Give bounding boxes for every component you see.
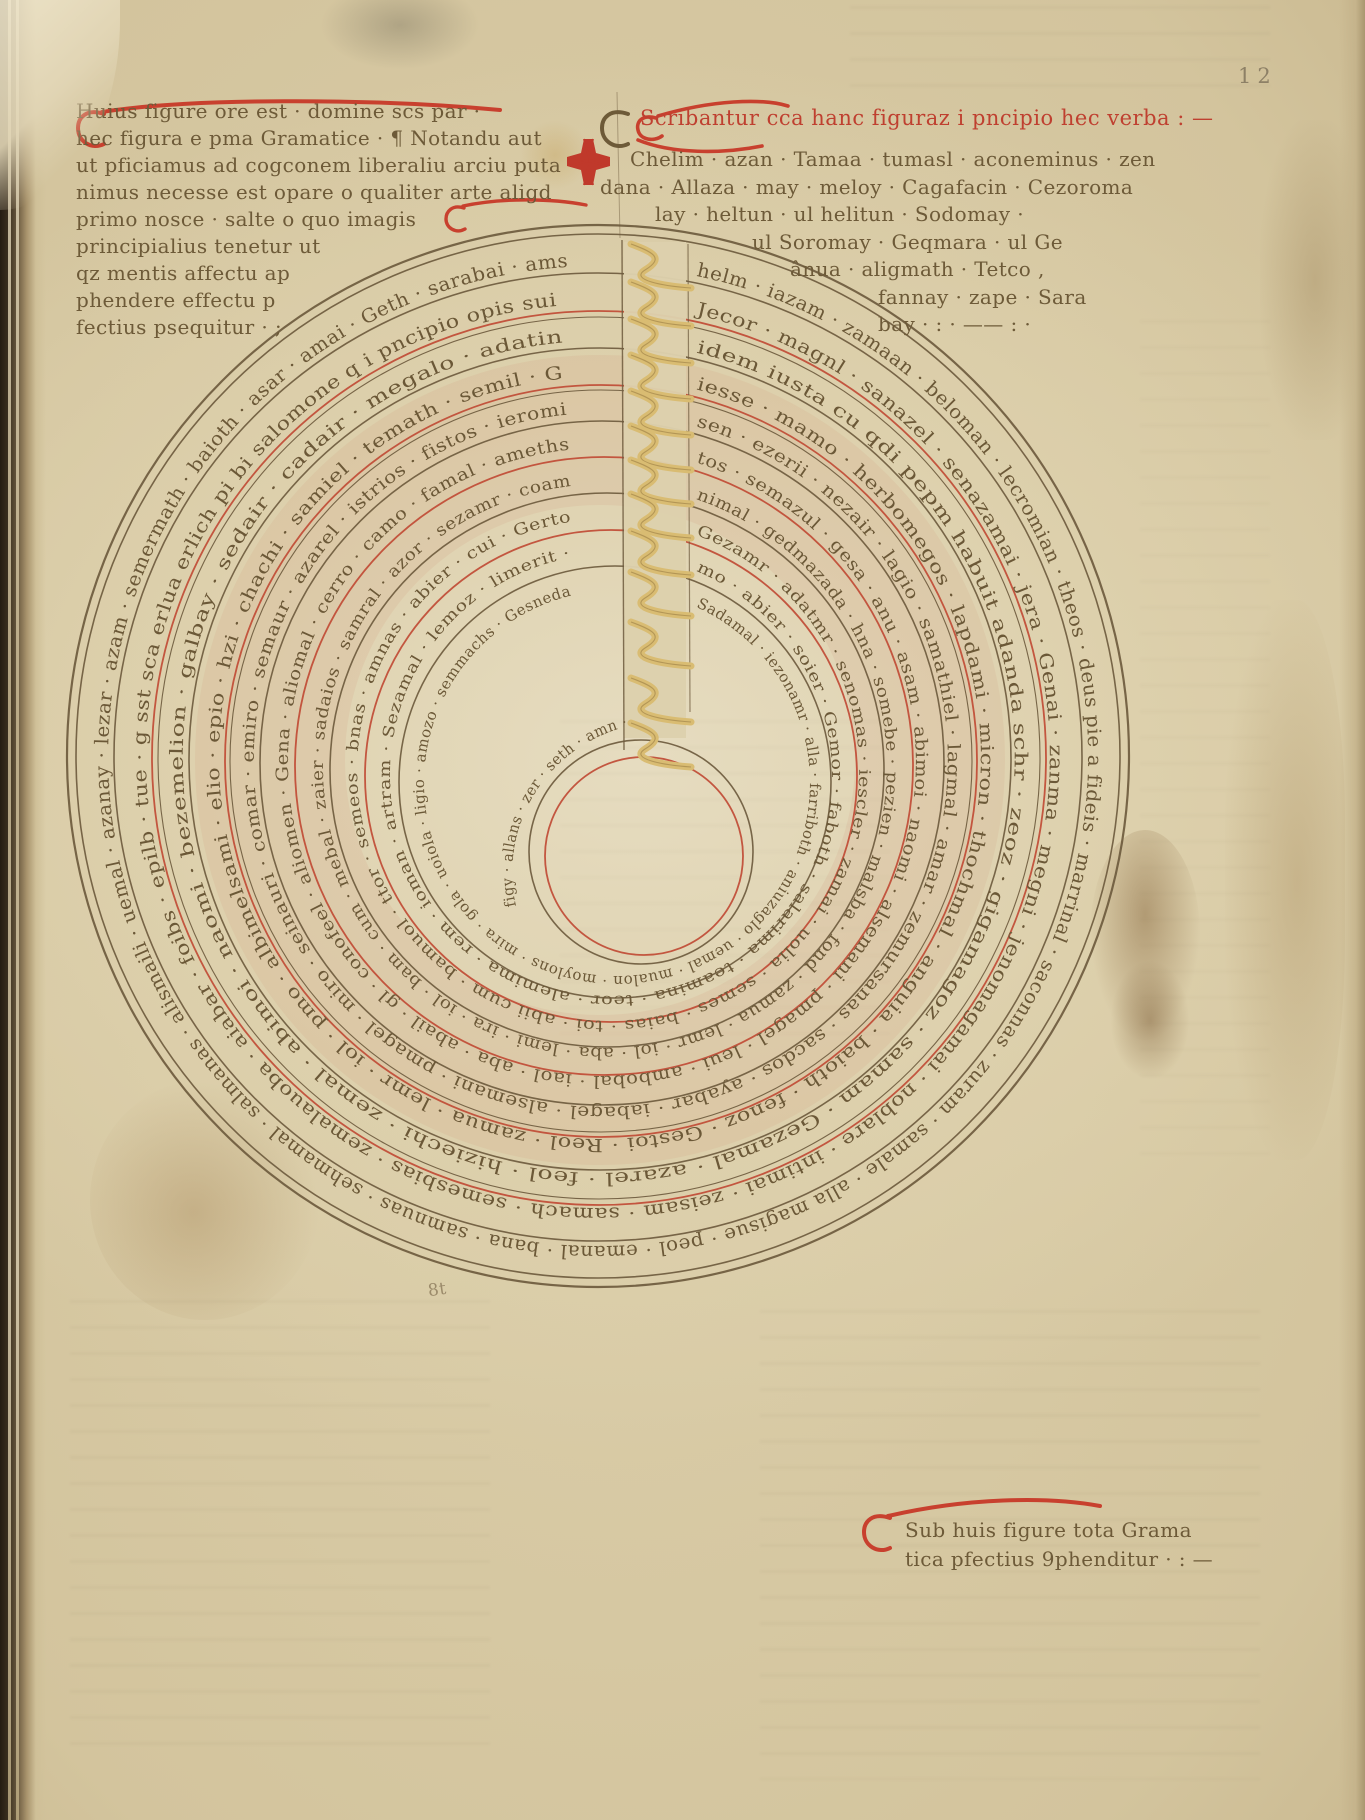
intro-paragraph: Huius figure ore est · domine scs par · … (76, 98, 561, 341)
text-line: ut pficiamus ad cogconem liberaliu arciu… (76, 152, 561, 179)
book-gutter (0, 0, 46, 1820)
ring-border-brown (529, 740, 753, 964)
text-line: primo nosce · salte o quo imagis (76, 206, 561, 233)
svg-text:Sadamal · iezonamr · alla · fa: Sadamal · iezonamr · alla · farriboth · … (410, 582, 824, 990)
text-line: nimus necesse est opare o qualiter arte … (76, 179, 561, 206)
text-line: dana · Allaza · may · meloy · Cagafacin … (600, 174, 1156, 202)
text-line: Sub huis figure tota Grama (905, 1516, 1213, 1545)
rubric-heading: Scribantur cca hanc figuraz i pncipio he… (640, 106, 1213, 130)
ring-border-red (545, 757, 743, 955)
ring-text-inner-tail: figy · allans · zer · seth · amn · (498, 713, 629, 909)
page-right-edge (1339, 0, 1365, 1820)
text-line: bay · : · —— : · (878, 311, 1156, 339)
text-line: ul Soromay · Geqmara · ul Ge (752, 229, 1156, 257)
text-line: phendere effectu p (76, 287, 561, 314)
svg-text:mo · abier · soier · Gemor · f: mo · abier · soier · Gemor · faboth · sa… (376, 544, 846, 1010)
ring-text-9: mo · abier · soier · Gemor · faboth · sa… (376, 544, 846, 1010)
text-line: hec figura e pma Gramatice · ¶ Notandu a… (76, 125, 561, 152)
text-line: Chelim · azan · Tamaa · tumasl · aconemi… (630, 146, 1156, 174)
text-line: tica pfectius 9phenditur · : — (905, 1545, 1213, 1574)
text-line: lay · heltun · ul helitun · Sodomay · (655, 201, 1156, 229)
text-line: fectius psequitur · ; (76, 314, 561, 341)
svg-text:figy · allans · zer · seth · a: figy · allans · zer · seth · amn · (498, 713, 629, 909)
manuscript-page: helm · iazam · zamaan · beloman · lecrom… (0, 0, 1365, 1820)
text-line: qz mentis affectu ap (76, 260, 561, 287)
text-line: fannay · zape · Sara (878, 284, 1156, 312)
text-line: principialius tenetur ut (76, 233, 561, 260)
text-line: Huius figure ore est · domine scs par · (76, 98, 561, 125)
text-line: ânua · aligmath · Tetco , (790, 256, 1156, 284)
page-number: 12 (1238, 64, 1277, 88)
colophon-caption: Sub huis figure tota Grama tica pfectius… (905, 1516, 1213, 1574)
verba-list: Chelim · azan · Tamaa · tumasl · aconemi… (600, 146, 1156, 339)
pen-trial-mark: 8t (427, 1279, 448, 1301)
ring-text-10: Sadamal · iezonamr · alla · farriboth · … (410, 582, 824, 990)
